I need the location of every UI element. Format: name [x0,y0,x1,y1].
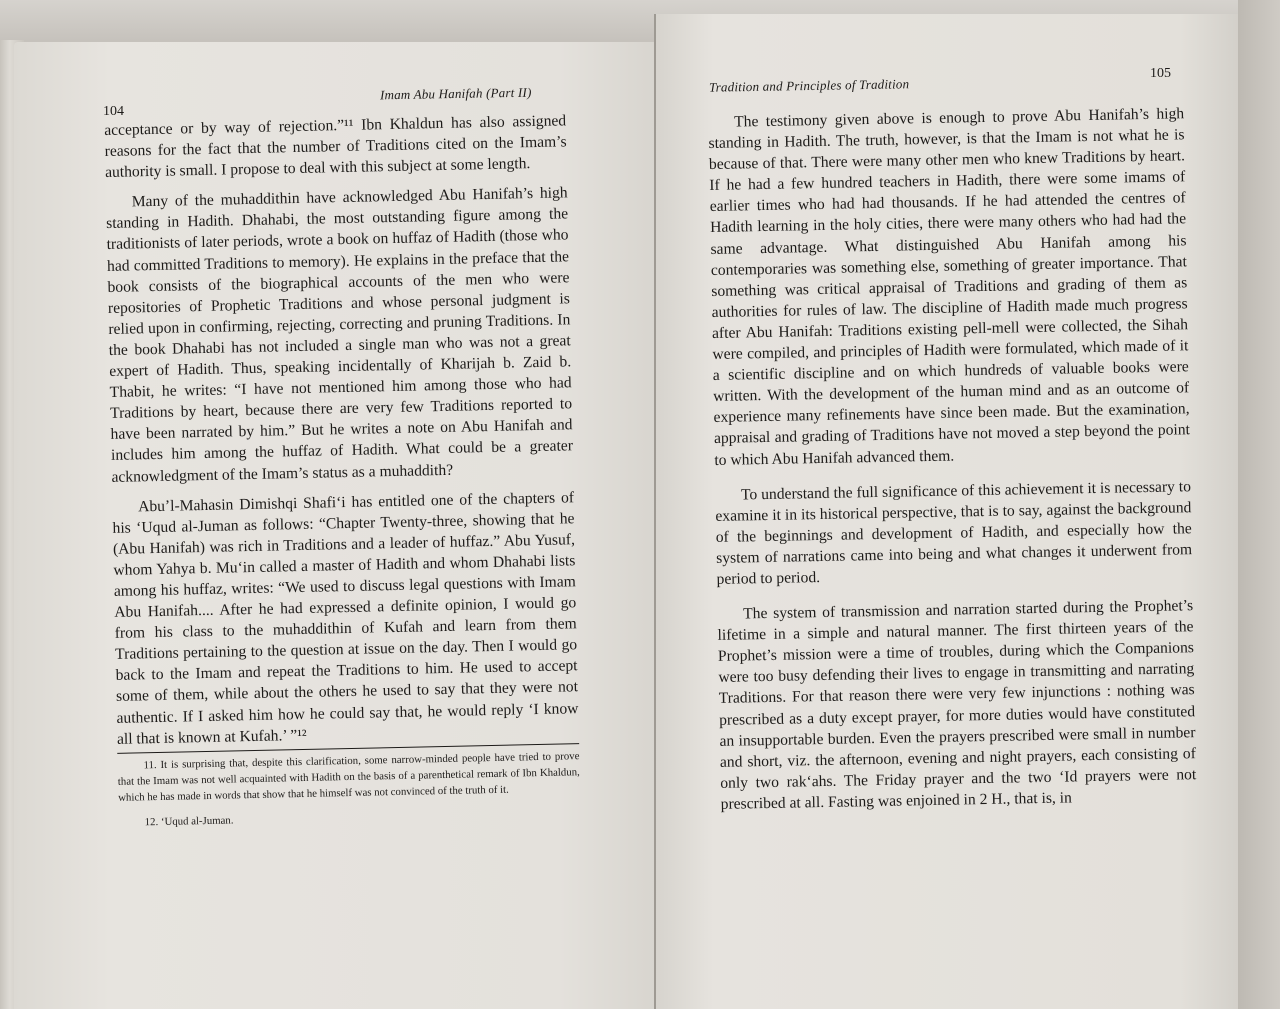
right-paragraph-3: The system of transmission and narration… [717,595,1197,815]
left-running-head: Imam Abu Hanifah (Part II) [380,85,532,104]
left-page-body: acceptance or by way of rejection.”¹¹ Ib… [104,110,581,830]
left-page-number: 104 [103,104,124,120]
left-paragraph-1: acceptance or by way of rejection.”¹¹ Ib… [104,110,567,183]
right-paragraph-2: To understand the full significance of t… [715,476,1193,590]
book-gutter [654,14,656,1009]
left-paragraph-2: Many of the muhaddithin have acknowledge… [106,183,574,488]
background-surface [1238,0,1280,1009]
right-page-number: 105 [1150,66,1171,82]
footnote-11: 11. It is surprising that, despite this … [117,748,580,806]
right-paragraph-1: The testimony given above is enough to p… [708,103,1190,470]
footnotes: 11. It is surprising that, despite this … [117,748,580,831]
left-paragraph-3: Abu’l-Mahasin Dimishqi Shafi‘i has entit… [112,487,579,750]
right-page-body: The testimony given above is enough to p… [708,103,1197,815]
